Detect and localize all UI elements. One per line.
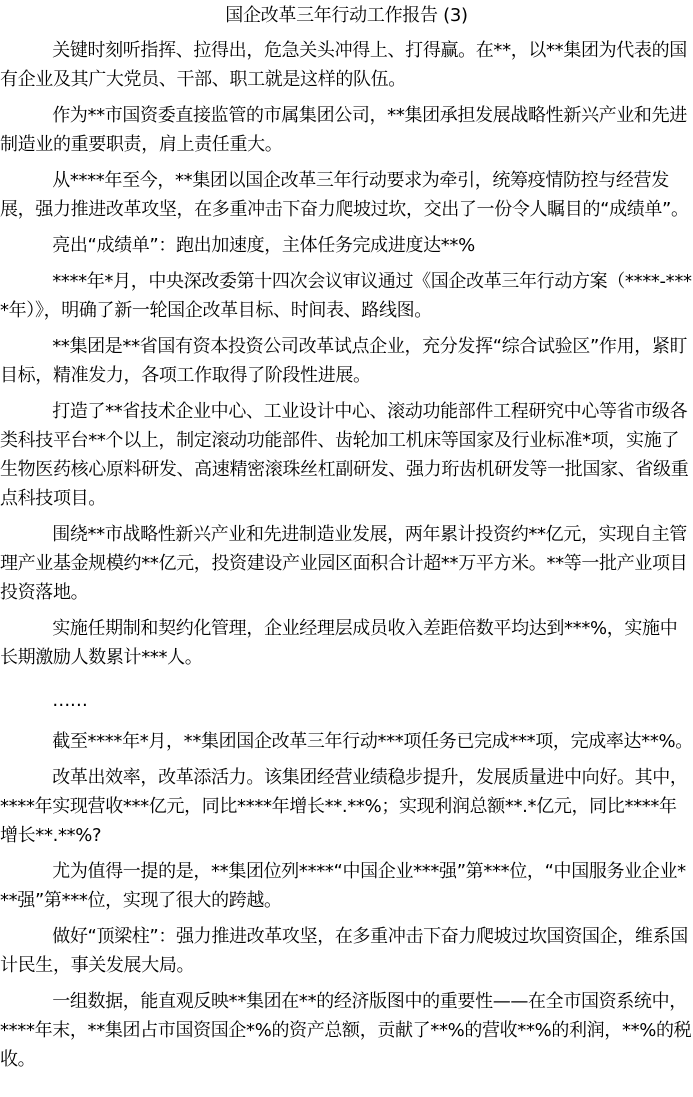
paragraph: 从****年至今，**集团以国企改革三年行动要求为牵引，统筹疫情防控与经营发展，… (0, 166, 693, 224)
paragraph: 一组数据，能直观反映**集团在**的经济版图中的重要性——在全市国资系统中，**… (0, 987, 693, 1074)
paragraph: ****年*月，中央深改委第十四次会议审议通过《国企改革三年行动方案（****-… (0, 267, 693, 325)
section-heading: 做好“顶梁柱”：强力推进改革攻坚，在多重冲击下奋力爬坡过坎国资国企，维系国计民生… (0, 922, 693, 980)
section-heading: 亮出“成绩单”：跑出加速度，主体任务完成进度达**% (0, 231, 693, 260)
paragraph: 围绕**市战略性新兴产业和先进制造业发展，两年累计投资约**亿元，实现自主管理产… (0, 520, 693, 607)
paragraph: **集团是**省国有资本投资公司改革试点企业，充分发挥“综合试验区”作用，紧盯目… (0, 332, 693, 390)
ellipsis-paragraph: …… (0, 686, 693, 715)
paragraph: 截至****年*月，**集团国企改革三年行动***项任务已完成***项，完成率达… (0, 727, 693, 756)
paragraph: 作为**市国资委直接监管的市属集团公司，**集团承担发展战略性新兴产业和先进制造… (0, 101, 693, 159)
document-page: 国企改革三年行动工作报告 (3) 关键时刻听指挥、拉得出，危急关头冲得上、打得赢… (0, 2, 693, 1074)
paragraph: 尤为值得一提的是，**集团位列****“中国企业***强”第***位，“中国服务… (0, 857, 693, 915)
paragraph: 打造了**省技术企业中心、工业设计中心、滚动功能部件工程研究中心等省市级各类科技… (0, 397, 693, 513)
document-title: 国企改革三年行动工作报告 (3) (0, 2, 693, 30)
paragraph: 关键时刻听指挥、拉得出，危急关头冲得上、打得赢。在**，以**集团为代表的国有企… (0, 36, 693, 94)
paragraph: 改革出效率，改革添活力。该集团经营业绩稳步提升，发展质量进中向好。其中，****… (0, 763, 693, 850)
paragraph: 实施任期制和契约化管理，企业经理层成员收入差距倍数平均达到***%，实施中长期激… (0, 614, 693, 672)
